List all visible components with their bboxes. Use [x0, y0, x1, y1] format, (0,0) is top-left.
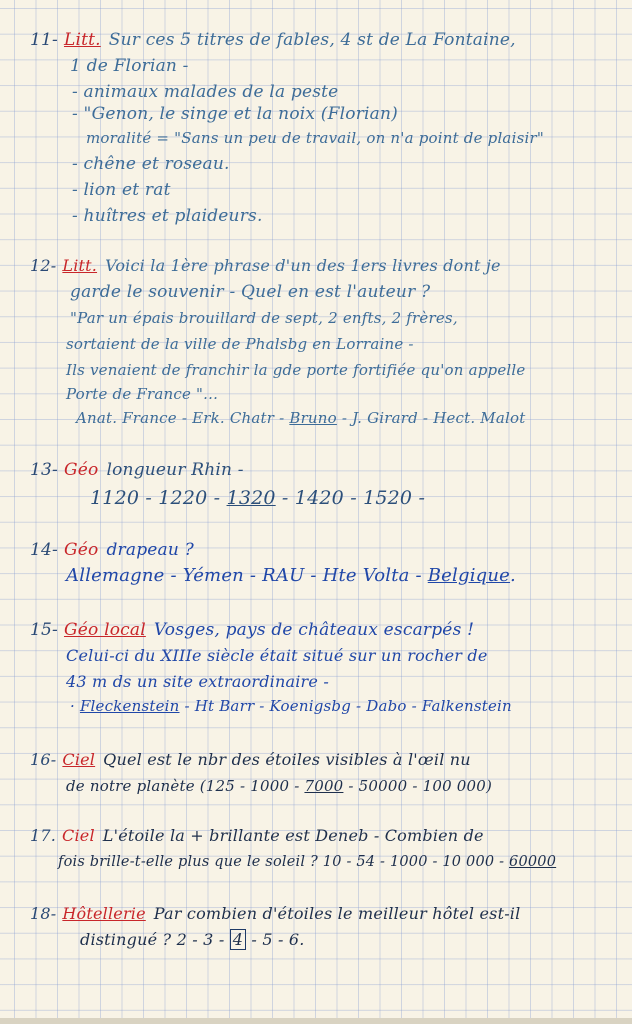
option: 50000: [359, 777, 408, 795]
option: 1420: [295, 487, 344, 509]
option: 2: [177, 930, 187, 949]
option-selected: 7000: [304, 777, 343, 795]
question-11-line-4: - "Genon, le singe et la noix (Florian): [72, 104, 398, 124]
question-12-line-5: Ils venaient de franchir la gde porte fo…: [66, 360, 525, 380]
question-17-line-2: fois brille-t-elle plus que le soleil ? …: [58, 852, 556, 872]
subject-label: Géo: [64, 540, 98, 560]
question-number: 18-: [30, 904, 56, 923]
question-12-line-4: sortaient de la ville de Phalsbg en Lorr…: [66, 334, 414, 354]
question-12-line-2: garde le souvenir - Quel en est l'auteur…: [70, 282, 430, 302]
page-bottom-edge: [0, 1018, 632, 1024]
option: 1000: [390, 854, 428, 870]
subject-label: Litt.: [62, 256, 97, 275]
question-text: longueur Rhin -: [106, 460, 243, 480]
question-number: 16-: [30, 750, 56, 769]
option: 1220: [158, 487, 207, 509]
question-18-line-1: 18-HôtelleriePar combien d'étoiles le me…: [30, 904, 520, 924]
question-text: L'étoile la + brillante est Deneb - Comb…: [103, 826, 484, 845]
option-selected: Bruno: [289, 409, 337, 427]
question-11-line-8: - huîtres et plaideurs.: [72, 206, 263, 226]
subject-label: Ciel: [62, 750, 95, 769]
question-11-line-2: 1 de Florian -: [70, 56, 189, 76]
question-13-line-1: 13-Géolongueur Rhin -: [30, 460, 244, 480]
option: 1520: [363, 487, 412, 509]
question-17-line-1: 17.CielL'étoile la + brillante est Deneb…: [30, 826, 484, 846]
question-11-line-1: 11-Litt.Sur ces 5 titres de fables, 4 st…: [30, 30, 516, 50]
question-16-line-1: 16-CielQuel est le nbr des étoiles visib…: [30, 750, 471, 770]
question-12-options: Anat. France - Erk. Chatr - Bruno - J. G…: [76, 408, 525, 428]
question-12-line-6: Porte de France "...: [66, 384, 218, 404]
option: 54: [356, 854, 375, 870]
option-selected: 4: [230, 929, 246, 950]
option: Allemagne: [66, 565, 165, 586]
question-15-line-1: 15-Géo localVosges, pays de châteaux esc…: [30, 620, 474, 640]
question-12-line-3: "Par un épais brouillard de sept, 2 enft…: [70, 308, 458, 328]
question-11-moral: moralité = "Sans un peu de travail, on n…: [86, 128, 544, 148]
option: 3: [203, 930, 213, 949]
option: 6: [289, 930, 299, 949]
option: 5: [262, 930, 272, 949]
subject-label: Géo local: [64, 620, 146, 640]
option: 10 000: [442, 854, 494, 870]
subject-label: Ciel: [62, 826, 95, 845]
option: Ht Barr: [195, 697, 255, 715]
question-14-line-1: 14-Géodrapeau ?: [30, 540, 194, 560]
question-13-options: 1120 - 1220 - 1320 - 1420 - 1520 -: [90, 488, 425, 508]
option: Anat. France: [76, 409, 177, 427]
option: Yémen: [183, 565, 244, 586]
question-number: 13-: [30, 460, 58, 480]
option: J. Girard: [352, 409, 418, 427]
option: 100 000: [423, 777, 486, 795]
option: Koenigsbg: [270, 697, 351, 715]
question-11-line-7: - lion et rat: [72, 180, 171, 200]
question-14-options: Allemagne - Yémen - RAU - Hte Volta - Be…: [66, 566, 516, 586]
subject-label: Géo: [64, 460, 98, 480]
question-number: 11-: [30, 30, 58, 50]
question-text: Par combien d'étoiles le meilleur hôtel …: [154, 904, 521, 923]
question-18-line-2: distingué ? 2 - 3 - 4 - 5 - 6.: [80, 930, 305, 950]
question-number: 15-: [30, 620, 58, 640]
question-11-line-3: - animaux malades de la peste: [72, 82, 338, 102]
question-text: Quel est le nbr des étoiles visibles à l…: [103, 750, 471, 769]
question-text: drapeau ?: [106, 540, 194, 560]
subject-label: Litt.: [64, 30, 101, 50]
question-text: Vosges, pays de châteaux escarpés !: [154, 620, 474, 640]
option: Erk. Chatr: [192, 409, 274, 427]
option-selected: 60000: [509, 854, 556, 870]
question-11-line-6: - chêne et roseau.: [72, 154, 230, 174]
option-selected: 1320: [227, 487, 276, 509]
option: Hte Volta: [323, 565, 410, 586]
notebook-page: 11-Litt.Sur ces 5 titres de fables, 4 st…: [0, 0, 632, 1024]
question-12-line-1: 12-Litt.Voici la 1ère phrase d'un des 1e…: [30, 256, 501, 276]
question-number: 14-: [30, 540, 58, 560]
option: 1120: [90, 487, 139, 509]
option: 1000: [250, 777, 289, 795]
subject-label: Hôtellerie: [62, 904, 145, 923]
question-15-options: · Fleckenstein - Ht Barr - Koenigsbg - D…: [70, 696, 512, 716]
question-15-line-2: Celui-ci du XIIIe siècle était situé sur…: [66, 646, 487, 666]
option: RAU: [262, 565, 304, 586]
option: Hect. Malot: [433, 409, 525, 427]
option-selected: Fleckenstein: [80, 697, 180, 715]
question-15-line-3: 43 m ds un site extraordinaire -: [66, 672, 329, 692]
option: Dabo: [366, 697, 406, 715]
question-text: Voici la 1ère phrase d'un des 1ers livre…: [105, 256, 501, 275]
option: 125: [206, 777, 235, 795]
question-number: 12-: [30, 256, 56, 275]
option: Falkenstein: [422, 697, 512, 715]
question-text: Sur ces 5 titres de fables, 4 st de La F…: [109, 30, 516, 50]
option: 10: [323, 854, 342, 870]
question-16-line-2: de notre planète (125 - 1000 - 7000 - 50…: [66, 776, 492, 796]
option-selected: Belgique: [428, 565, 510, 586]
question-number: 17.: [30, 826, 56, 845]
